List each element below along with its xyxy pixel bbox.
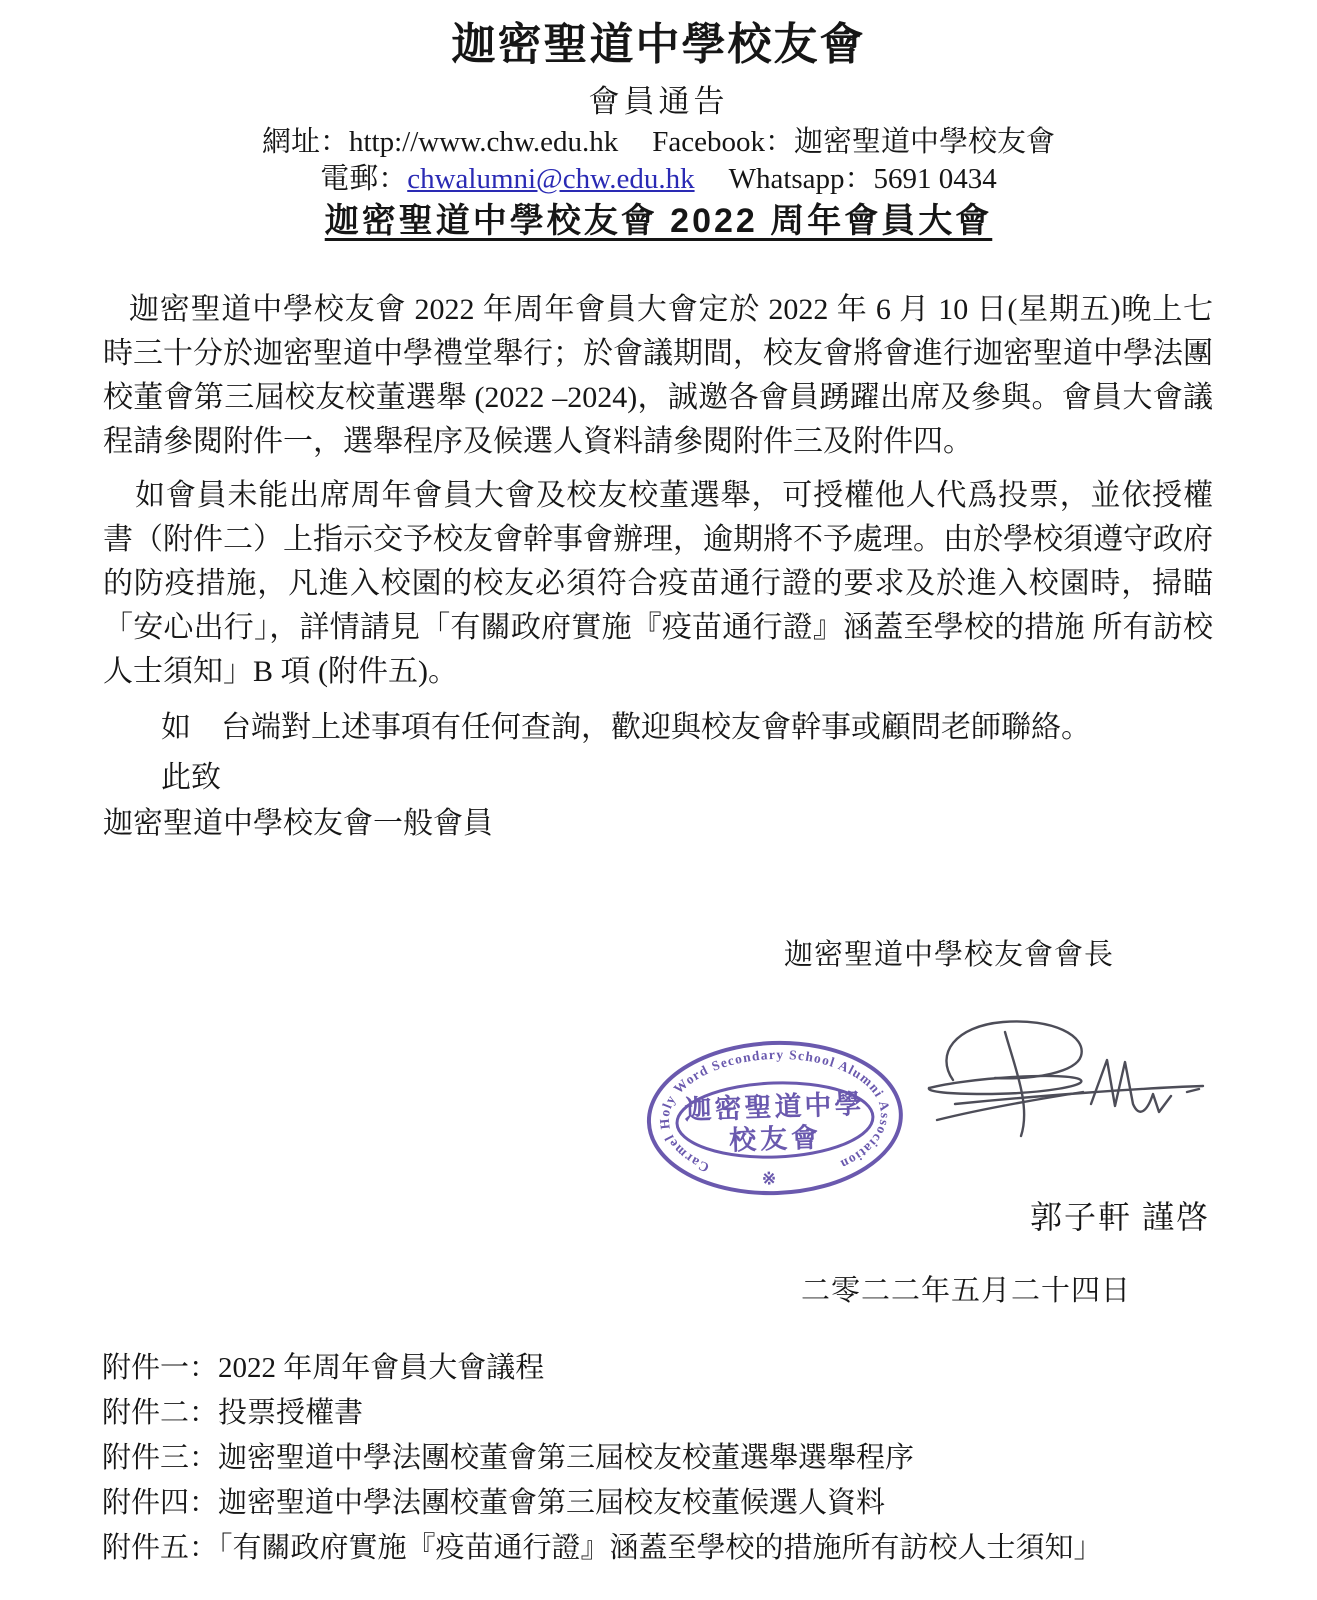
signer-name: 郭子軒 謹啓 [1030, 1192, 1210, 1238]
signature-zigzag [1091, 1060, 1171, 1112]
website-url: http://www.chw.edu.hk [349, 126, 618, 158]
website-label: 網址： [262, 126, 349, 158]
signature-descender [1005, 1032, 1024, 1136]
attachment-item-3: 附件三：迦密聖道中學法團校董會第三屆校友校董選舉選舉程序 [102, 1436, 1242, 1481]
alumni-association-stamp: Carmel Holy Word Secondary School Alumni… [640, 1035, 909, 1206]
attachment-item-2: 附件二：投票授權書 [102, 1391, 1242, 1436]
whatsapp-number: 5691 0434 [874, 163, 997, 195]
facebook-label: Facebook： [652, 126, 794, 158]
attachment-item-1: 附件一：2022 年周年會員大會議程 [102, 1346, 1242, 1391]
stamp-center-line-1: 迦密聖道中學 [684, 1088, 865, 1125]
valediction: 此致 [103, 756, 1213, 800]
recipient-line: 迦密聖道中學校友會一般會員 [103, 802, 1213, 846]
signature-tail-dash [1187, 1089, 1199, 1092]
email-label: 電郵： [320, 163, 407, 195]
email-link[interactable]: chwalumni@chw.edu.hk [407, 163, 694, 195]
paragraph-3: 如 台端對上述事項有任何查詢，歡迎與校友會幹事或顧問老師聯絡。 [103, 706, 1213, 750]
letter-date: 二零二二年五月二十四日 [801, 1268, 1131, 1309]
paragraph-2: 如會員未能出席周年會員大會及校友校董選舉，可授權他人代爲投票，並依授權書（附件二… [103, 474, 1213, 694]
stamp-center-line-2: 校友會 [729, 1121, 823, 1155]
signature-top-loop [946, 1021, 1081, 1080]
president-signature [915, 1002, 1205, 1144]
notice-letter-page: 迦密聖道中學校友會 會員通告 網址：http://www.chw.edu.hkF… [0, 0, 1317, 1600]
whatsapp-label: Whatsapp： [729, 163, 874, 195]
letter-body: 迦密聖道中學校友會 2022 年周年會員大會定於 2022 年 6 月 10 日… [103, 288, 1213, 846]
org-title: 迦密聖道中學校友會 [0, 8, 1317, 72]
signature-cross-stroke [937, 1092, 1083, 1120]
contact-line-email: 電郵：chwalumni@chw.edu.hkWhatsapp：5691 043… [0, 156, 1317, 197]
paragraph-1: 迦密聖道中學校友會 2022 年周年會員大會定於 2022 年 6 月 10 日… [103, 288, 1213, 464]
meeting-title-heading: 迦密聖道中學校友會 2022 周年會員大會 [0, 193, 1317, 242]
notice-type: 會員通告 [0, 76, 1317, 121]
attachment-item-4: 附件四：迦密聖道中學法團校董會第三屆校友校董候選人資料 [102, 1481, 1242, 1526]
attachments-list: 附件一：2022 年周年會員大會議程 附件二：投票授權書 附件三：迦密聖道中學法… [102, 1346, 1242, 1571]
facebook-name: 迦密聖道中學校友會 [794, 126, 1055, 158]
contact-line-website: 網址：http://www.chw.edu.hkFacebook：迦密聖道中學校… [0, 119, 1317, 160]
signer-title: 迦密聖道中學校友會會長 [784, 932, 1114, 973]
attachment-item-5: 附件五：「有關政府實施『疫苗通行證』涵蓋至學校的措施所有訪校人士須知」 [102, 1526, 1242, 1571]
stamp-bottom-symbol: ※ [762, 1169, 777, 1188]
